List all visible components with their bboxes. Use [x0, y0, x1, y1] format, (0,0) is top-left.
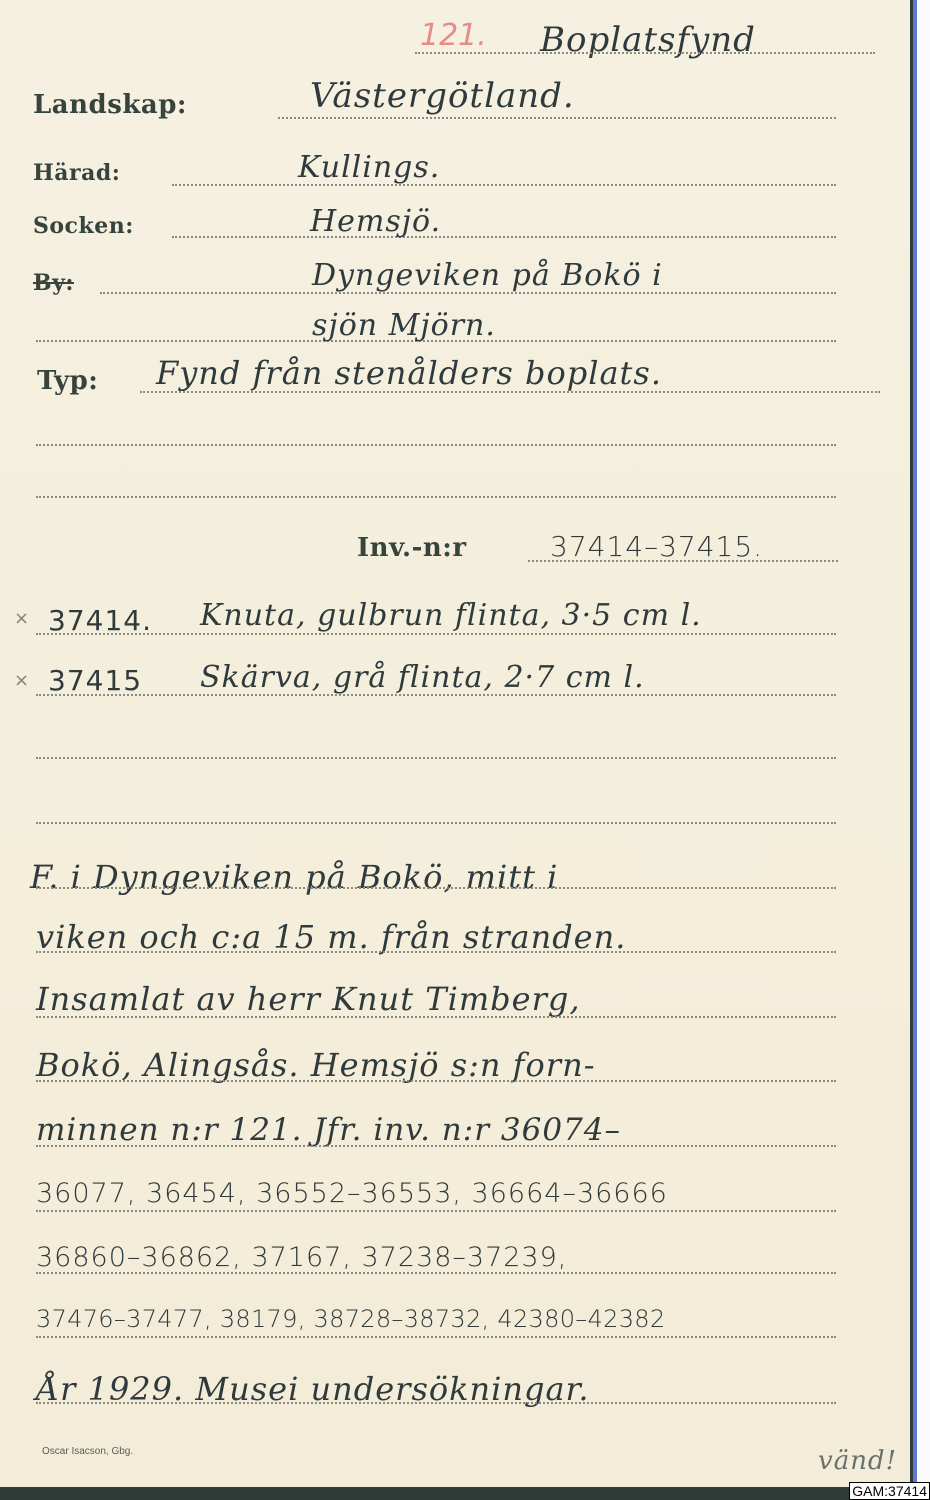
dotted-line [172, 184, 836, 186]
site-number: 121. [420, 18, 487, 53]
label-inventory: Inv.-n:r [357, 533, 467, 563]
dotted-line [36, 757, 836, 759]
dotted-line [36, 1336, 836, 1338]
label-socken: Socken: [33, 213, 134, 239]
checkmark-x-icon: × [14, 608, 29, 629]
dotted-line [278, 117, 836, 119]
note-line: Bokö, Alingsås. Hemsjö s:n forn- [36, 1046, 596, 1084]
dotted-line [36, 1210, 836, 1212]
dotted-line [36, 633, 836, 635]
bottom-mat-strip [0, 1487, 930, 1500]
dotted-line [36, 496, 836, 498]
dotted-line [36, 1402, 836, 1404]
dotted-line [36, 822, 836, 824]
catalog-tag: GAM:37414 [849, 1482, 930, 1500]
checkmark-x-icon: × [14, 670, 29, 691]
value-by-line2: sjön Mjörn. [312, 308, 496, 343]
dotted-line [36, 1272, 836, 1274]
dotted-line [36, 1016, 836, 1018]
dotted-line [36, 694, 836, 696]
note-line: 36077, 36454, 36552–36553, 36664–36666 [36, 1178, 668, 1209]
right-margin [917, 0, 930, 1500]
note-line: F. i Dyngeviken på Bokö, mitt i [30, 858, 558, 896]
catalog-card: 121. Boplatsfynd Landskap: Västergötland… [0, 0, 912, 1487]
value-socken: Hemsjö. [310, 204, 441, 239]
printer-imprint: Oscar Isacson, Gbg. [42, 1446, 133, 1457]
label-typ: Typ: [37, 366, 98, 396]
value-inventory: 37414–37415. [550, 530, 763, 563]
dotted-line [36, 1080, 836, 1082]
item-description: Skärva, grå flinta, 2·7 cm l. [200, 660, 645, 695]
dotted-line [415, 52, 875, 54]
label-by: By: [33, 270, 74, 296]
note-line: 37476–37477, 38179, 38728–38732, 42380–4… [36, 1305, 665, 1333]
note-line: minnen n:r 121. Jfr. inv. n:r 36074– [36, 1112, 621, 1148]
category-text: Boplatsfynd [540, 20, 756, 60]
note-line: 36860–36862, 37167, 37238–37239, [36, 1242, 567, 1273]
dotted-line [36, 887, 836, 889]
label-landskap: Landskap: [33, 90, 187, 120]
turn-note: vänd! [818, 1446, 897, 1476]
value-landskap: Västergötland. [310, 76, 575, 116]
dotted-line [36, 444, 836, 446]
note-line: Insamlat av herr Knut Timberg, [36, 980, 581, 1018]
value-typ: Fynd från stenålders boplats. [156, 354, 662, 392]
dotted-line [36, 1145, 836, 1147]
item-number: 37415 [48, 664, 142, 697]
item-description: Knuta, gulbrun flinta, 3·5 cm l. [200, 598, 702, 633]
dotted-line [36, 951, 836, 953]
value-by: Dyngeviken på Bokö i [312, 258, 663, 293]
label-harad: Härad: [33, 160, 120, 186]
value-harad: Kullings. [298, 150, 440, 185]
dotted-line [172, 236, 836, 238]
